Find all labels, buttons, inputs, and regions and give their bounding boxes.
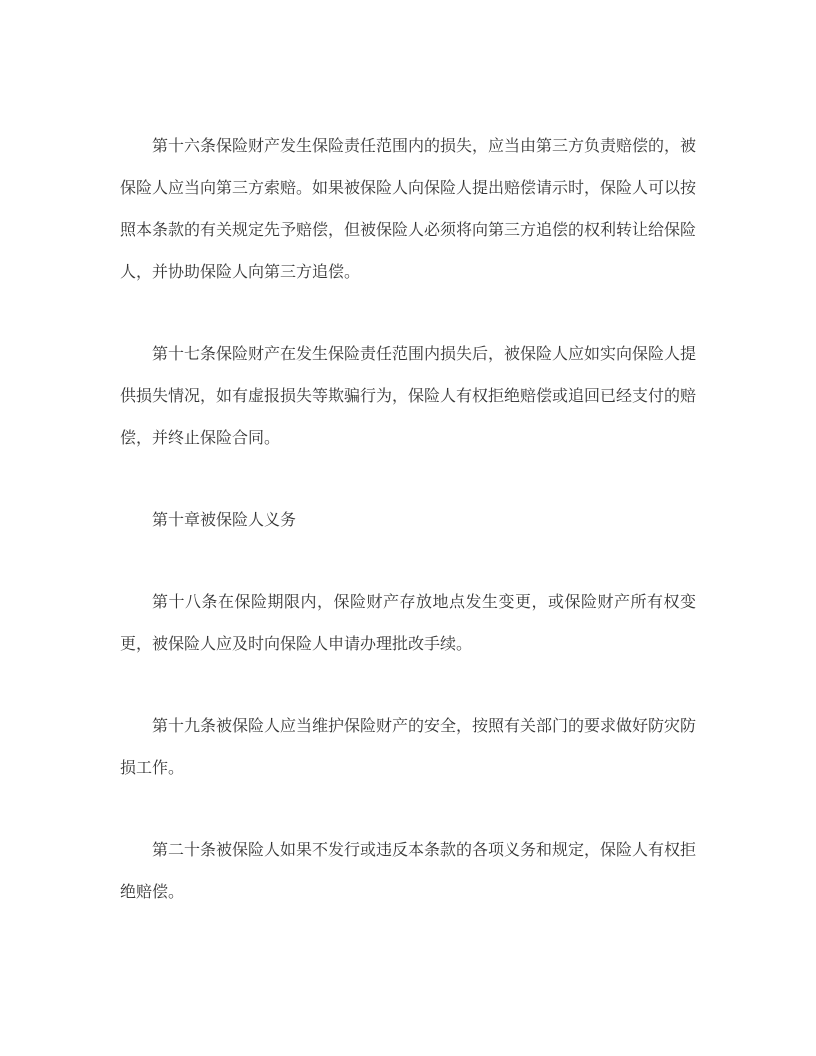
- document-page: 第十六条保险财产发生保险责任范围内的损失，应当由第三方负责赔偿的，被保险人应当向…: [0, 0, 816, 1056]
- paragraph-article-16: 第十六条保险财产发生保险责任范围内的损失，应当由第三方负责赔偿的，被保险人应当向…: [120, 125, 696, 293]
- paragraph-article-20: 第二十条被保险人如果不发行或违反本条款的各项义务和规定，保险人有权拒绝赔偿。: [120, 829, 696, 913]
- paragraph-article-17: 第十七条保险财产在发生保险责任范围内损失后，被保险人应如实向保险人提供损失情况，…: [120, 333, 696, 459]
- section-heading-chapter-10: 第十章被保险人义务: [120, 499, 696, 541]
- paragraph-article-18: 第十八条在保险期限内，保险财产存放地点发生变更，或保险财产所有权变更，被保险人应…: [120, 581, 696, 665]
- paragraph-article-19: 第十九条被保险人应当维护保险财产的安全，按照有关部门的要求做好防灾防损工作。: [120, 705, 696, 789]
